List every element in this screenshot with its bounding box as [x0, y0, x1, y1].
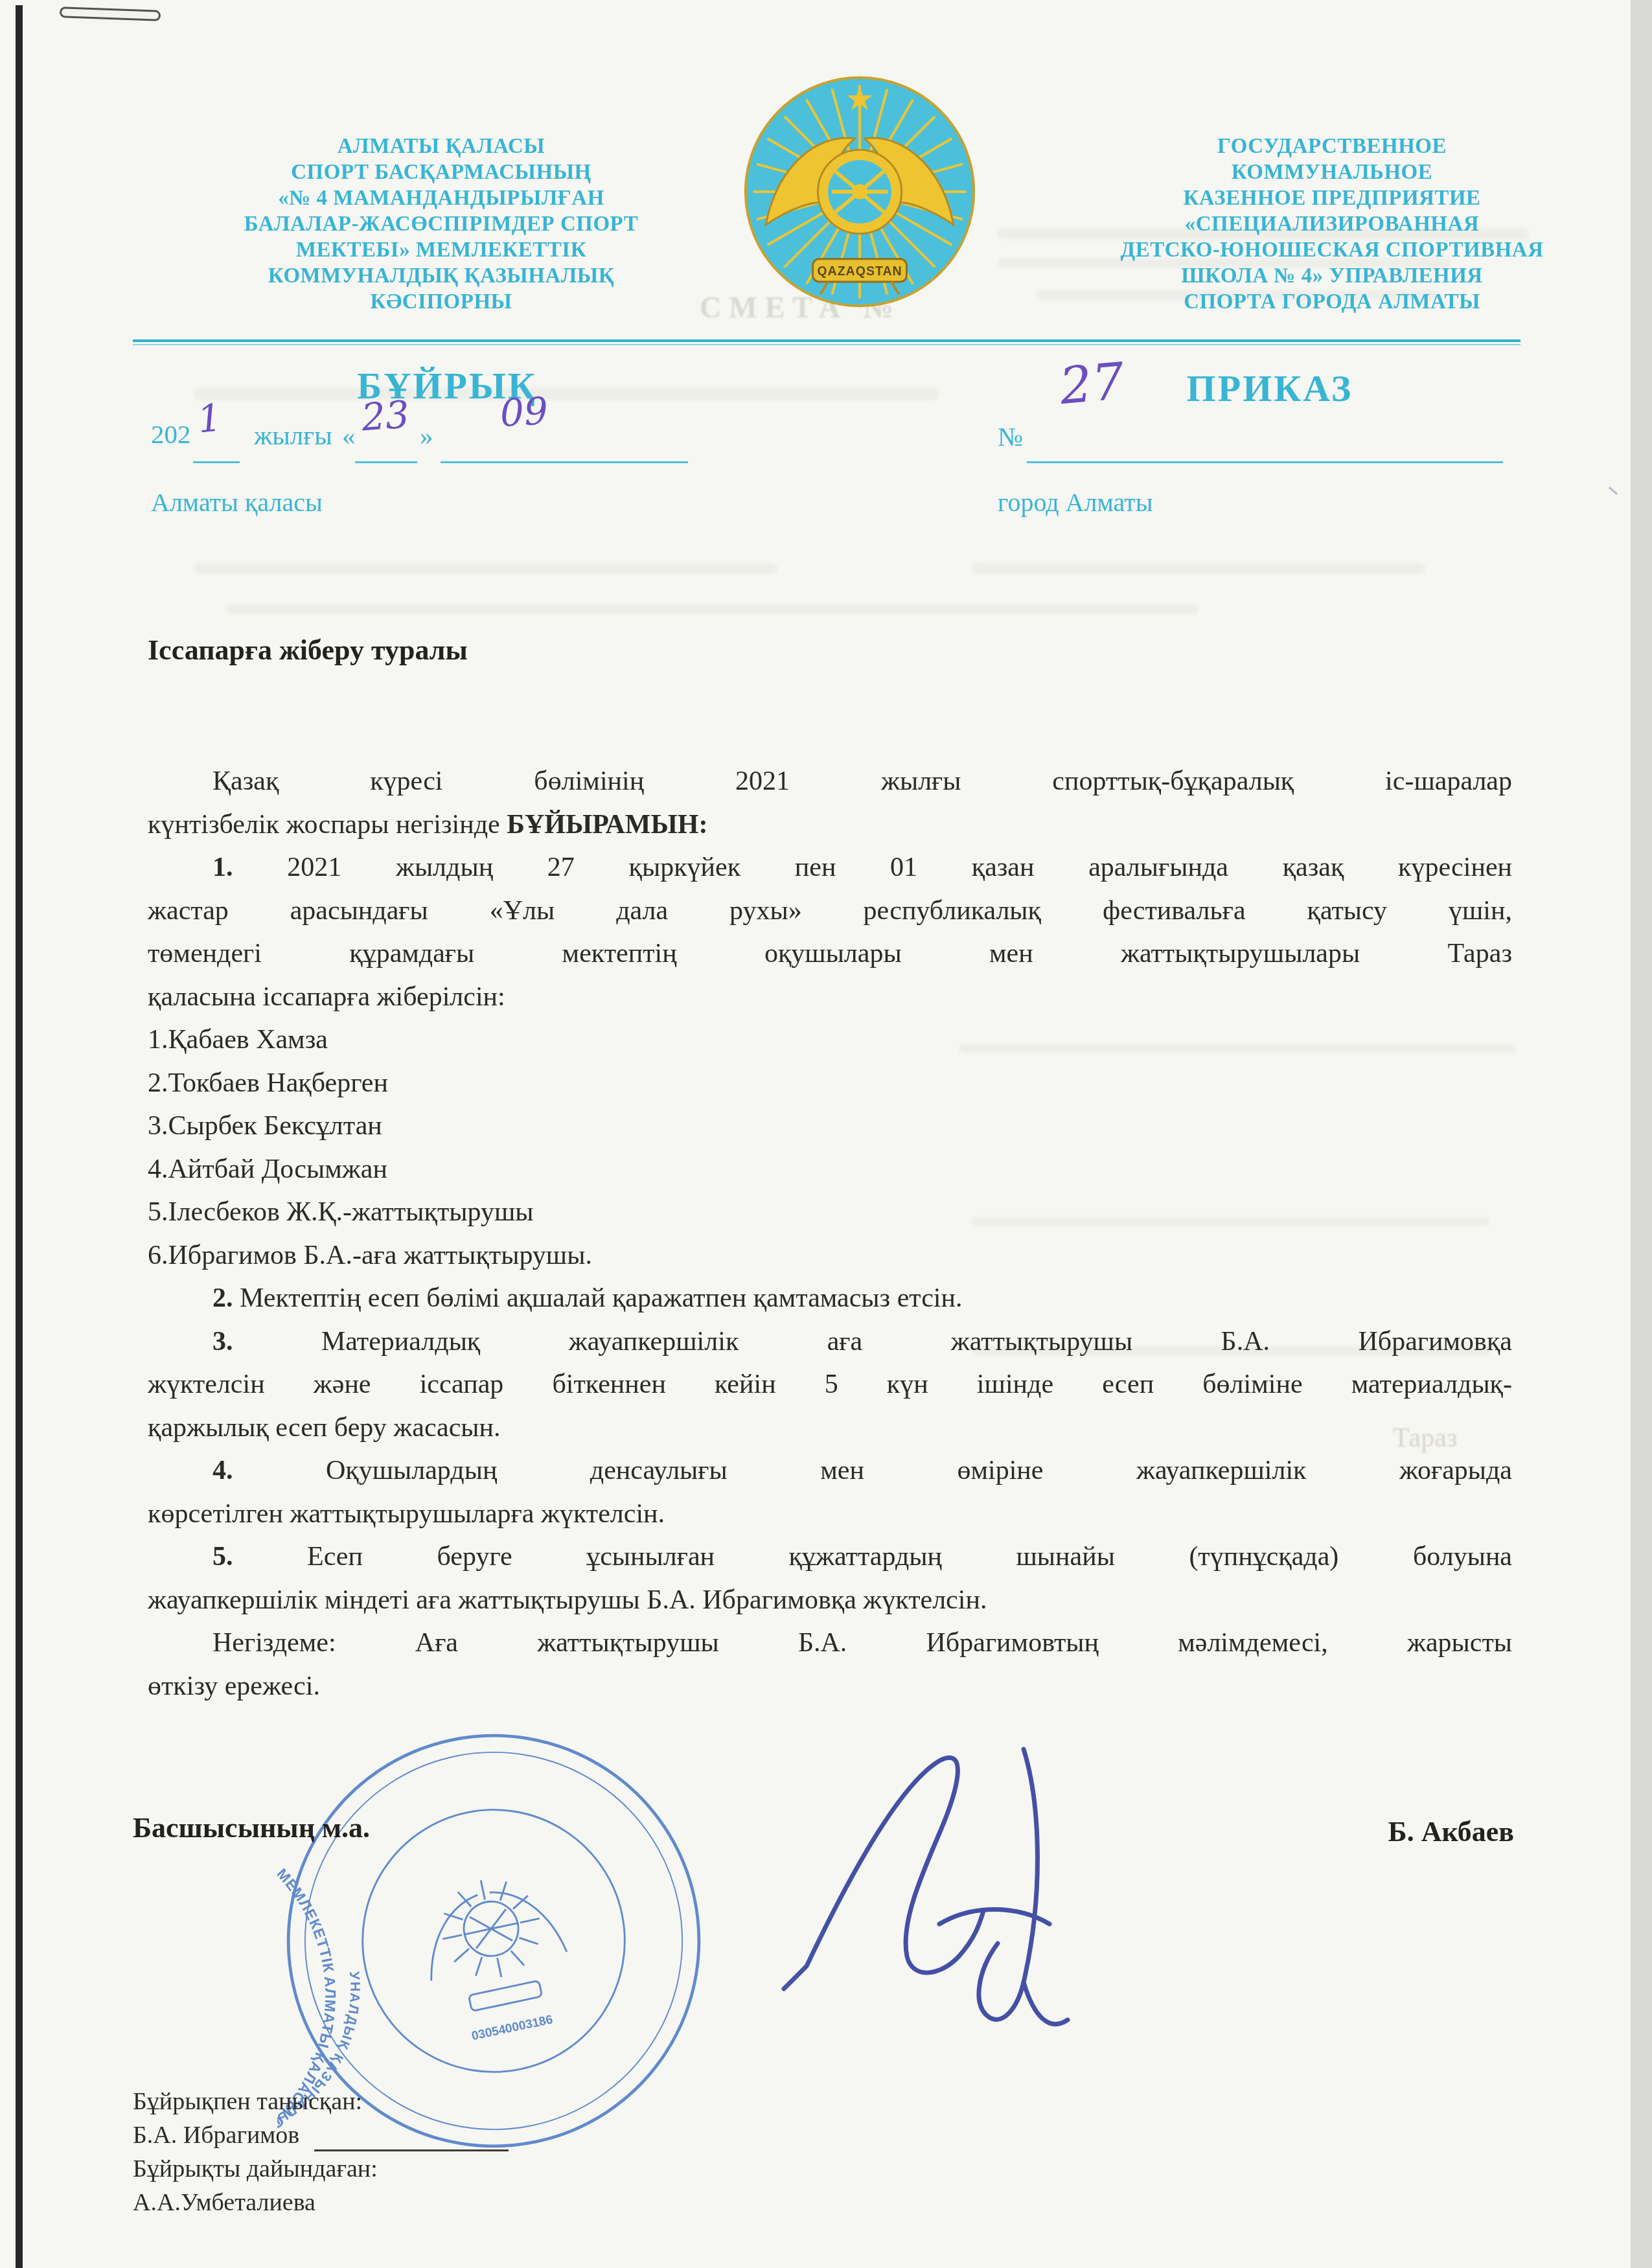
scan-top-left-mark: [60, 6, 161, 21]
quote-open: «: [342, 420, 356, 451]
bleed-through-artifact: [227, 604, 1199, 614]
text-line: «СПЕЦИАЛИЗИРОВАННАЯ: [1118, 211, 1546, 237]
order-body-text: Қазақ күресі бөлімінің 2021 жылғы спортт…: [148, 766, 1512, 1713]
text-line: 3. Материалдық жауапкершілік аға жаттықт…: [148, 1326, 1512, 1369]
text-line: жүктелсін және іссапар біткеннен кейін 5…: [148, 1369, 1512, 1412]
place-kazakh: Алматы қаласы: [151, 487, 323, 518]
text-line: ДЕТСКО-ЮНОШЕСКАЯ СПОРТИВНАЯ: [1118, 237, 1546, 263]
date-word-zhylgy: жылғы: [254, 420, 332, 451]
scan-margin-mark: [1609, 487, 1618, 495]
text-line: жауапкершілік міндеті аға жаттықтырушы Б…: [148, 1585, 1512, 1628]
date-underline: [441, 461, 688, 463]
letterhead-russian: ГОСУДАРСТВЕННОЕКОММУНАЛЬНОЕКАЗЕННОЕ ПРЕД…: [1118, 133, 1546, 315]
text-line: 2. Мектептің есеп бөлімі ақшалай қаражат…: [148, 1283, 1512, 1326]
svg-text:030540003186: 030540003186: [470, 2013, 554, 2043]
text-line: КАЗЕННОЕ ПРЕДПРИЯТИЕ: [1118, 185, 1546, 211]
scanned-order-document: СМЕТА № Тараз АЛМАТЫ ҚАЛАСЫСПОРТ БАСҚАРМ…: [0, 0, 1652, 2268]
scan-right-edge-strip: [1631, 0, 1652, 2268]
text-line: 2.Токбаев Нақберген: [148, 1068, 1512, 1111]
footer-signature-line: [314, 2149, 509, 2151]
bleed-through-artifact: [194, 562, 777, 574]
text-line: Бұйрықпен танысқан:: [133, 2087, 378, 2121]
bleed-through-artifact: [972, 562, 1425, 574]
signatory-name: Б. Акбаев: [1231, 1815, 1514, 1848]
text-line: 1. 2021 жылдың 27 қыркүйек пен 01 қазан …: [148, 852, 1512, 895]
number-underline: [1027, 461, 1503, 463]
text-line: 1.Қабаев Хамза: [148, 1024, 1512, 1068]
text-line: 4.Айтбай Досымжан: [148, 1154, 1512, 1197]
order-subject: Іссапарға жіберу туралы: [148, 634, 468, 667]
text-line: жастар арасындағы «Ұлы дала рухы» респуб…: [148, 895, 1512, 939]
text-line: өткізу ережесі.: [148, 1671, 1512, 1714]
text-line: төмендегі құрамдағы мектептің оқушылары …: [148, 938, 1512, 981]
date-underline: [355, 461, 417, 463]
order-number-label: №: [998, 421, 1023, 452]
text-line: күнтізбелік жоспары негізінде БҰЙЫРАМЫН:: [148, 809, 1512, 853]
text-line: «№ 4 МАМАНДАНДЫРЫЛҒАН: [231, 185, 652, 211]
quote-close: »: [420, 420, 433, 451]
text-line: 6.Ибрагимов Б.А.-аға жаттықтырушы.: [148, 1240, 1512, 1283]
place-russian: город Алматы: [998, 487, 1153, 518]
text-line: КОММУНАЛЬНОЕ: [1118, 159, 1546, 185]
order-title-russian: ПРИКАЗ: [1140, 367, 1399, 410]
text-line: СПОРТА ГОРОДА АЛМАТЫ: [1118, 289, 1546, 315]
separator-line-echo: [133, 344, 1520, 345]
text-line: қаржылық есеп беру жасасын.: [148, 1412, 1512, 1456]
text-line: Негіздеме: Аға жаттықтырушы Б.А. Ибрагим…: [148, 1627, 1512, 1671]
text-line: Бұйрықты дайындаған:: [133, 2155, 378, 2188]
footer-acknowledgement: Бұйрықпен танысқан:Б.А. ИбрагимовБұйрықт…: [133, 2087, 378, 2222]
date-day-handwritten: 23: [360, 393, 411, 440]
text-line: Қазақ күресі бөлімінің 2021 жылғы спортт…: [148, 766, 1512, 809]
text-line: А.А.Умбеталиева: [133, 2188, 378, 2222]
text-line: БАЛАЛАР-ЖАСӨСПІРІМДЕР СПОРТ: [231, 211, 652, 237]
scan-left-edge-line: [16, 5, 23, 2268]
text-line: КӘСІПОРНЫ: [231, 289, 652, 315]
order-number-handwritten: 27: [1057, 352, 1127, 416]
text-line: СПОРТ БАСҚАРМАСЫНЫҢ: [231, 159, 652, 185]
letterhead-kazakh: АЛМАТЫ ҚАЛАСЫСПОРТ БАСҚАРМАСЫНЫҢ«№ 4 МАМ…: [231, 133, 652, 315]
text-line: КОММУНАЛДЫҚ ҚАЗЫНАЛЫҚ: [231, 263, 652, 289]
text-line: ШКОЛА № 4» УПРАВЛЕНИЯ: [1118, 263, 1546, 289]
handwritten-signature: [745, 1710, 1134, 2060]
text-line: 5. Есеп беруге ұсынылған құжаттардың шын…: [148, 1541, 1512, 1585]
date-month-handwritten: 09: [499, 389, 549, 435]
date-underline: [193, 461, 240, 463]
separator-line: [133, 339, 1520, 342]
date-year-printed: 202: [151, 418, 191, 450]
kazakhstan-coat-of-arms: QAZAQSTAN: [739, 71, 980, 312]
text-line: АЛМАТЫ ҚАЛАСЫ: [231, 133, 652, 159]
text-line: көрсетілген жаттықтырушыларға жүктелсін.: [148, 1498, 1512, 1542]
text-line: 5.Ілесбеков Ж.Қ.-жаттықтырушы: [148, 1197, 1512, 1240]
text-line: қаласына іссапарға жіберілсін:: [148, 981, 1512, 1025]
text-line: 4. Оқушылардың денсаулығы мен өміріне жа…: [148, 1455, 1512, 1498]
date-year-handwritten: 1: [196, 395, 224, 441]
text-line: 3.Сырбек Бексұлтан: [148, 1110, 1512, 1154]
text-line: ГОСУДАРСТВЕННОЕ: [1118, 133, 1546, 159]
emblem-banner: QAZAQSTAN: [817, 264, 902, 279]
text-line: МЕКТЕБІ» МЕМЛЕКЕТТІК: [231, 237, 652, 263]
